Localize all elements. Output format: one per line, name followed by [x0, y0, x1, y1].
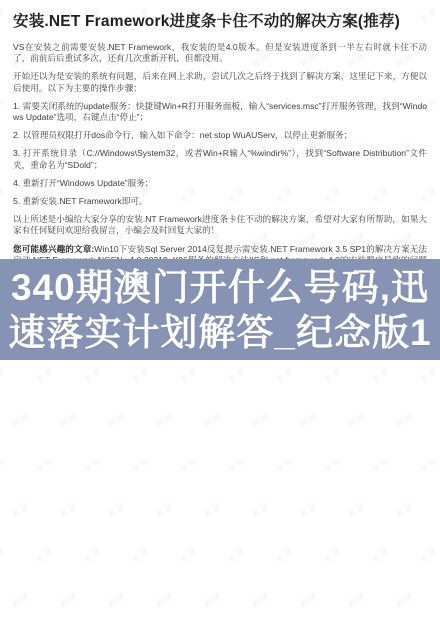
watermark-mark: ※※: [104, 589, 128, 612]
watermark-mark: ※※: [344, 499, 368, 522]
article-body: 安装.NET Framework进度条卡住不动的解决方案(推荐) VS在安装之前…: [0, 0, 440, 259]
watermark-mark: ※※: [344, 409, 368, 432]
watermark-mark: ※※: [416, 544, 440, 567]
watermark-mark: ※※: [272, 454, 296, 477]
watermark-mark: ※※: [320, 364, 344, 387]
watermark-mark: ※※: [128, 454, 152, 477]
watermark-mark: ※※: [248, 409, 272, 432]
watermark-mark: ※※: [152, 589, 176, 612]
intro-paragraph: VS在安装之前需要安装.NET Framework，我安装的是4.0版本。但是安…: [13, 42, 427, 64]
watermark-mark: ※※: [152, 409, 176, 432]
watermark-mark: ※※: [80, 454, 104, 477]
related-articles-label: 您可能感兴趣的文章:: [13, 244, 94, 254]
watermark-mark: ※※: [296, 409, 320, 432]
watermark-mark: ※※: [200, 409, 224, 432]
watermark-mark: ※※: [224, 544, 248, 567]
watermark-mark: ※※: [8, 499, 32, 522]
watermark-mark: ※※: [8, 409, 32, 432]
step-item: 1. 需要关闭系统的update服务：快捷键Win+R打开服务面板，输入“ser…: [13, 101, 427, 123]
watermark-mark: ※※: [152, 499, 176, 522]
watermark-mark: ※※: [296, 499, 320, 522]
overlay-banner: 340期澳门开什么号码,迅 速落实计划解答_纪念版1: [0, 259, 440, 360]
context-paragraph: 开始还以为是安装的系统有问题，后来在网上求助，尝试几次之后终于找到了解决方案，这…: [13, 71, 427, 93]
watermark-mark: ※※: [200, 589, 224, 612]
watermark-mark: ※※: [272, 544, 296, 567]
watermark-mark: ※※: [416, 364, 440, 387]
watermark-mark: ※※: [56, 409, 80, 432]
step-item: 4. 重新打开“Windows Update”服务；: [13, 178, 427, 189]
watermark-mark: ※※: [0, 454, 8, 477]
step-item: 3. 打开系统目录（C://Windows\System32，或者Win+R输入…: [13, 148, 427, 170]
related-articles-paragraph: 您可能感兴趣的文章:Win10下安装Sql Server 2014反复提示需安装…: [13, 244, 427, 259]
watermark-mark: ※※: [128, 544, 152, 567]
step-item: 2. 以管理员权限打开dos命令行，输入如下命令：net stop WuAUSe…: [13, 130, 427, 141]
watermark-mark: ※※: [104, 409, 128, 432]
watermark-mark: ※※: [176, 454, 200, 477]
watermark-mark: ※※: [32, 364, 56, 387]
closing-paragraph: 以上所述是小编给大家分享的安装.NT Framework进度条卡住不动的解决方案…: [13, 214, 427, 236]
watermark-mark: ※※: [320, 544, 344, 567]
watermark-mark: ※※: [80, 544, 104, 567]
watermark-mark: ※※: [416, 454, 440, 477]
watermark-mark: ※※: [392, 499, 416, 522]
watermark-mark: ※※: [0, 544, 8, 567]
watermark-mark: ※※: [32, 544, 56, 567]
watermark-mark: ※※: [344, 589, 368, 612]
page-title: 安装.NET Framework进度条卡住不动的解决方案(推荐): [13, 12, 427, 31]
watermark-mark: ※※: [128, 364, 152, 387]
watermark-mark: ※※: [56, 589, 80, 612]
watermark-mark: ※※: [296, 589, 320, 612]
watermark-mark: ※※: [200, 499, 224, 522]
watermark-mark: ※※: [224, 364, 248, 387]
watermark-mark: ※※: [0, 364, 8, 387]
watermark-mark: ※※: [176, 364, 200, 387]
watermark-mark: ※※: [56, 499, 80, 522]
watermark-mark: ※※: [8, 589, 32, 612]
watermark-mark: ※※: [392, 589, 416, 612]
watermark-mark: ※※: [368, 364, 392, 387]
watermark-mark: ※※: [368, 454, 392, 477]
watermark-mark: ※※: [248, 499, 272, 522]
article-page: { "page": { "background": "#ffffff", "bo…: [0, 0, 440, 620]
overlay-banner-text-line-1: 340期澳门开什么号码,迅: [11, 265, 429, 310]
watermark-mark: ※※: [104, 499, 128, 522]
watermark-mark: ※※: [272, 364, 296, 387]
watermark-mark: ※※: [176, 544, 200, 567]
watermark-mark: ※※: [392, 409, 416, 432]
overlay-banner-text-line-2: 速落实计划解答_纪念版1: [8, 310, 431, 355]
watermark-mark: ※※: [32, 454, 56, 477]
watermark-mark: ※※: [320, 454, 344, 477]
watermark-mark: ※※: [368, 544, 392, 567]
watermark-mark: ※※: [224, 454, 248, 477]
watermark-mark: ※※: [248, 589, 272, 612]
step-item: 5. 重新安装.NET Framework即可。: [13, 196, 427, 207]
watermark-mark: ※※: [80, 364, 104, 387]
